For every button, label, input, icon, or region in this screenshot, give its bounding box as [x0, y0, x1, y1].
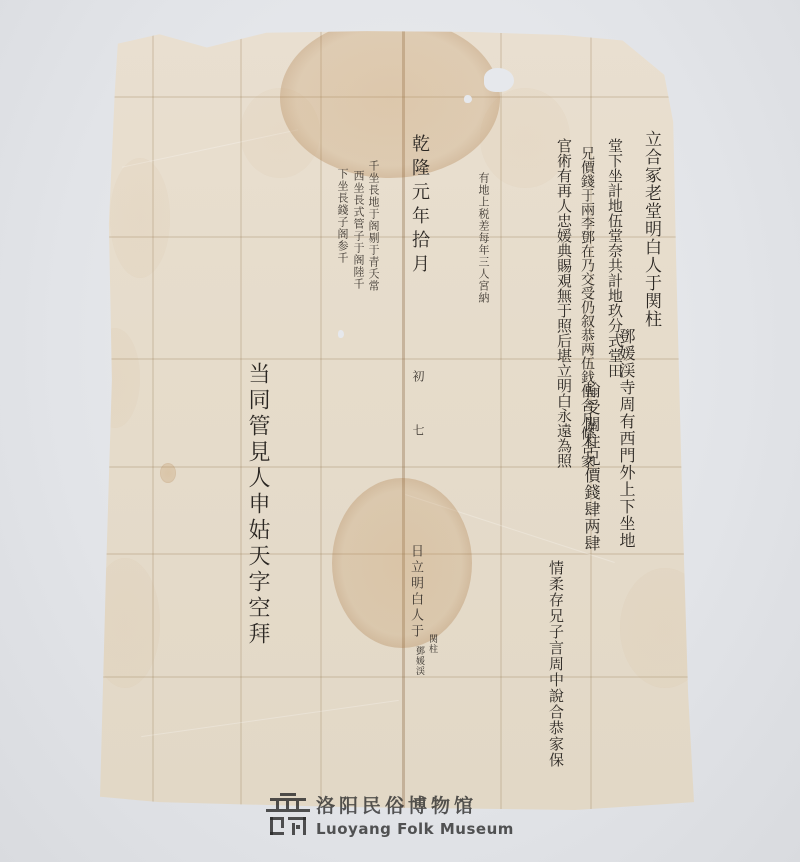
deed-text-column-6: 官術有再人忠媛典賜覌無于照后堪立明白永遠為照: [556, 138, 571, 468]
museum-pavilion-logo-icon: [266, 791, 310, 837]
paper-hole: [464, 95, 472, 103]
paper-hole: [484, 68, 514, 92]
boundary-column-3: 下坐長錢子阁参千: [337, 168, 348, 264]
water-stain: [240, 88, 320, 178]
ink-spot: [160, 463, 176, 483]
tax-note-column: 有地上税差每年三人宮納: [478, 172, 489, 304]
deed-text-column-7: 情柔存兄子言周中說合恭家保: [548, 560, 563, 768]
museum-watermark: 洛阳民俗博物馆 Luoyang Folk Museum: [266, 791, 546, 837]
fold-line: [152, 28, 154, 810]
paper-hole: [338, 330, 344, 338]
deed-text-column-1: 立合冢老堂明白人于関柱: [642, 130, 659, 328]
day-mark-1: 初: [412, 370, 424, 383]
watermark-chinese: 洛阳民俗博物馆: [316, 791, 514, 818]
deed-paper: [100, 28, 694, 810]
signer-name-2: 鄧媛渓: [414, 646, 423, 676]
fold-line: [100, 676, 694, 678]
water-stain: [110, 158, 170, 278]
watermark-english: Luoyang Folk Museum: [316, 820, 514, 838]
fold-line: [100, 466, 694, 468]
crease: [141, 700, 399, 737]
signer-name-1: 関柱: [427, 634, 436, 654]
signer-column: 日立明白人于: [409, 544, 422, 640]
fold-line: [100, 358, 694, 360]
water-stain: [332, 478, 472, 648]
fold-line: [100, 236, 694, 238]
boundary-column-1: 千坐長地于阁剔于青夭常: [368, 160, 379, 292]
witness-column: 当同管見人申姑天字空拜: [246, 362, 268, 648]
deed-text-column-5: 兄價錢于兩李鄧在乃交受仍叙恭两伍鈛伍合凡條合家: [580, 146, 594, 468]
boundary-column-2: 西坐長式管子于阁陸千: [353, 170, 364, 290]
day-mark-2: 七: [412, 424, 424, 437]
date-column: 乾隆元年拾月: [410, 134, 428, 278]
deed-text-column-3: 堂下坐計地伍堂奈共計地玖分式堂田: [607, 138, 622, 378]
